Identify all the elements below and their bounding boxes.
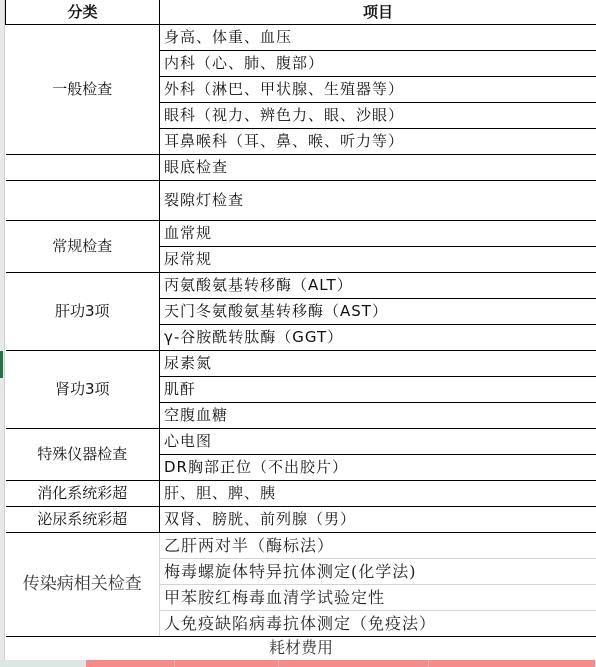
item-cell[interactable]: 眼底检查 xyxy=(160,155,596,181)
item-cell[interactable]: 耳鼻喉科（耳、鼻、喉、听力等） xyxy=(160,129,596,155)
header-row: 分类 项目 xyxy=(6,0,596,25)
table-row: 一般检查 身高、体重、血压 xyxy=(6,25,596,51)
category-cell[interactable]: 泌尿系统彩超 xyxy=(6,507,160,533)
table-row: 常规检查 血常规 xyxy=(6,221,596,247)
consumables-fee-cell[interactable]: 耗材费用 xyxy=(6,637,596,660)
item-cell[interactable]: 身高、体重、血压 xyxy=(160,25,596,51)
item-cell[interactable]: 血常规 xyxy=(160,221,596,247)
header-category[interactable]: 分类 xyxy=(6,0,160,25)
table-row: 肝功3项 丙氨酸氨基转移酶（ALT） xyxy=(6,273,596,299)
category-cell[interactable]: 一般检查 xyxy=(6,25,160,155)
table-row: 消化系统彩超 肝、胆、脾、胰 xyxy=(6,481,596,507)
item-cell[interactable]: 心电图 xyxy=(160,429,596,455)
category-cell[interactable]: 消化系统彩超 xyxy=(6,481,160,507)
item-cell[interactable]: 内科（心、肺、腹部） xyxy=(160,51,596,77)
category-cell[interactable]: 肝功3项 xyxy=(6,273,160,351)
table-row: 泌尿系统彩超 双肾、膀胱、前列腺（男） xyxy=(6,507,596,533)
table-row: 肾功3项 尿素氮 xyxy=(6,351,596,377)
item-cell[interactable]: 肝、胆、脾、胰 xyxy=(160,481,596,507)
item-cell[interactable]: γ-谷胺酰转肽酶（GGT） xyxy=(160,325,596,351)
item-cell[interactable]: 裂隙灯检查 xyxy=(160,181,596,221)
item-cell[interactable]: 双肾、膀胱、前列腺（男） xyxy=(160,507,596,533)
category-cell[interactable]: 特殊仪器检查 xyxy=(6,429,160,481)
item-cell[interactable]: 人免疫缺陷病毒抗体测定（免疫法） xyxy=(160,611,596,637)
strip-pink-segment xyxy=(279,660,429,667)
item-cell[interactable]: 空腹血糖 xyxy=(160,403,596,429)
strip-pink-segment xyxy=(175,660,279,667)
item-cell[interactable]: 眼科（视力、辨色力、眼、沙眼） xyxy=(160,103,596,129)
item-cell[interactable]: 甲苯胺红梅毒血清学试验定性 xyxy=(160,585,596,611)
strip-gray-segment xyxy=(0,660,86,667)
category-cell[interactable] xyxy=(6,155,160,181)
category-cell[interactable]: 传染病相关检查 xyxy=(6,533,160,637)
category-cell[interactable]: 肾功3项 xyxy=(6,351,160,429)
footer-row: 耗材费用 xyxy=(6,637,596,660)
item-cell[interactable]: 乙肝两对半（酶标法） xyxy=(160,533,596,559)
next-row-highlight xyxy=(0,660,596,667)
category-cell[interactable] xyxy=(6,181,160,221)
item-cell[interactable]: 肌酐 xyxy=(160,377,596,403)
item-cell[interactable]: DR胸部正位（不出胶片） xyxy=(160,455,596,481)
item-cell[interactable]: 尿常规 xyxy=(160,247,596,273)
table-row: 裂隙灯检查 xyxy=(6,181,596,221)
item-cell[interactable]: 尿素氮 xyxy=(160,351,596,377)
table-row: 特殊仪器检查 心电图 xyxy=(6,429,596,455)
table-row: 眼底检查 xyxy=(6,155,596,181)
spreadsheet-grid[interactable]: 分类 项目 一般检查 身高、体重、血压 内科（心、肺、腹部） 外科（淋巴、甲状腺… xyxy=(5,0,596,659)
item-cell[interactable]: 丙氨酸氨基转移酶（ALT） xyxy=(160,273,596,299)
checkup-items-table: 分类 项目 一般检查 身高、体重、血压 内科（心、肺、腹部） 外科（淋巴、甲状腺… xyxy=(5,0,596,659)
item-cell[interactable]: 梅毒螺旋体特异抗体测定(化学法) xyxy=(160,559,596,585)
strip-pink-segment xyxy=(429,660,595,667)
category-cell[interactable]: 常规检查 xyxy=(6,221,160,273)
item-cell[interactable]: 外科（淋巴、甲状腺、生殖器等） xyxy=(160,77,596,103)
header-item[interactable]: 项目 xyxy=(160,0,596,25)
active-row-marker xyxy=(0,351,3,378)
strip-pink-segment xyxy=(86,660,175,667)
item-cell[interactable]: 天门冬氨酸氨基转移酶（AST） xyxy=(160,299,596,325)
table-row: 传染病相关检查 乙肝两对半（酶标法） xyxy=(6,533,596,559)
